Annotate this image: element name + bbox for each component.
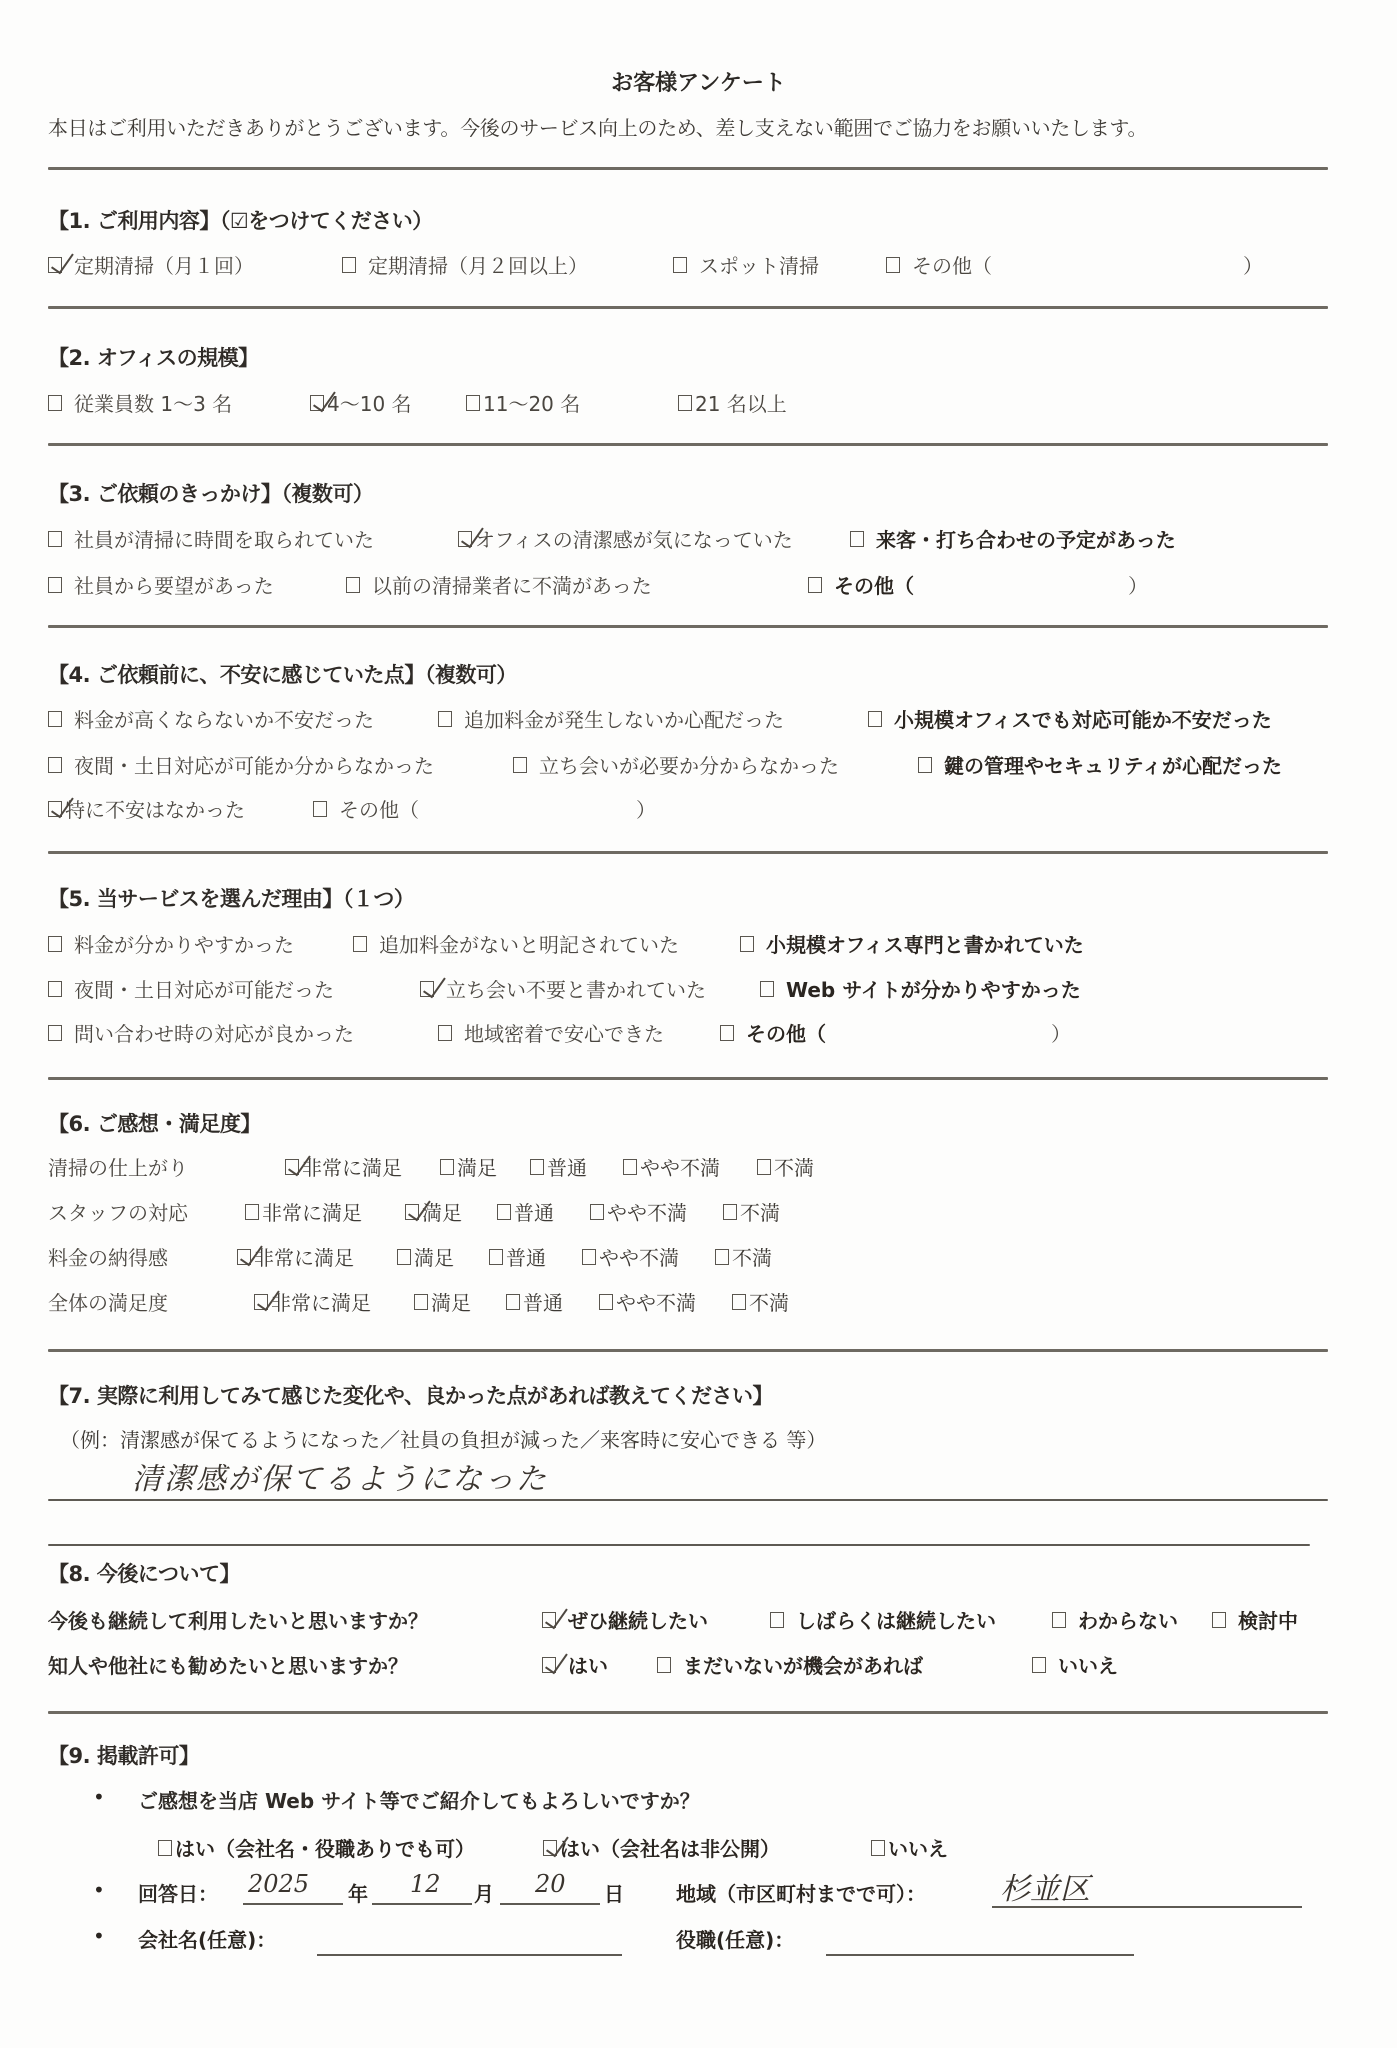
continue-question: 今後も継続して利用したいと思いますか？	[48, 1605, 428, 1634]
option-clear-website[interactable]: Web サイトが分かりやすかった	[760, 974, 1081, 1003]
divider	[48, 851, 1328, 854]
checkbox-icon[interactable]	[1052, 1612, 1066, 1628]
checkbox-icon[interactable]	[313, 801, 327, 817]
option-no-concern[interactable]: 特に不安はなかった	[48, 794, 245, 823]
intro-text: 本日はご利用いただきありがとうございます。今後のサービス向上のため、差し支えない…	[48, 112, 1147, 141]
checkbox-icon[interactable]	[245, 1204, 259, 1220]
checkbox-checked-icon[interactable]	[48, 801, 62, 817]
option-size-1-3[interactable]: 従業員数 1～3 名	[48, 388, 232, 417]
option-night-weekend-concern[interactable]: 夜間・土日対応が可能か分からなかった	[48, 750, 434, 779]
rating-satisfied[interactable]: 満足	[440, 1152, 497, 1181]
checkbox-checked-icon[interactable]	[543, 1840, 557, 1856]
checkbox-checked-icon[interactable]	[420, 981, 434, 997]
day-unit: 日	[604, 1878, 624, 1907]
answer-line	[48, 1544, 1310, 1546]
section-1-heading: 【1. ご利用内容】（☑をつけてください）	[48, 205, 433, 235]
option-spot[interactable]: スポット清掃	[673, 250, 819, 279]
company-label: 会社名(任意)：	[138, 1924, 276, 1953]
checkbox-icon[interactable]	[497, 1204, 511, 1220]
option-staff-request[interactable]: 社員から要望があった	[48, 570, 274, 599]
option-continue-for-now[interactable]: しばらくは継続したい	[770, 1605, 996, 1634]
option-other[interactable]: その他（	[720, 1018, 826, 1047]
divider	[48, 167, 1328, 170]
section-6-heading: 【6. ご感想・満足度】	[48, 1108, 261, 1138]
rating-satisfied[interactable]: 満足	[397, 1242, 454, 1271]
checkbox-icon[interactable]	[397, 1249, 411, 1265]
feedback-answer[interactable]: 清潔感が保てるようになった	[132, 1454, 548, 1498]
section-3-heading: 【3. ご依頼のきっかけ】（複数可）	[48, 478, 373, 508]
other-close-paren: ）	[1051, 1018, 1071, 1047]
option-considering[interactable]: 検討中	[1212, 1605, 1298, 1634]
checkbox-checked-icon[interactable]	[405, 1204, 419, 1220]
section-8-heading: 【8. 今後について】	[48, 1558, 240, 1588]
survey-title: お客様アンケート	[0, 66, 1397, 97]
answer-date-year[interactable]: 2025	[248, 1870, 309, 1898]
option-regular-twice[interactable]: 定期清掃（月２回以上）	[342, 250, 588, 279]
rating-somewhat-dissatisfied[interactable]: やや不満	[623, 1152, 720, 1181]
checkbox-icon[interactable]	[871, 1840, 885, 1856]
answer-date-day[interactable]: 20	[535, 1870, 566, 1898]
section-4-heading: 【4. ご依頼前に、不安に感じていた点】（複数可）	[48, 659, 517, 689]
checkbox-icon[interactable]	[757, 1159, 771, 1175]
position-label: 役職(任意)：	[676, 1924, 794, 1953]
option-other[interactable]: その他（	[886, 250, 992, 279]
checkbox-icon[interactable]	[1212, 1612, 1226, 1628]
divider	[48, 1077, 1328, 1080]
company-line	[317, 1954, 622, 1956]
month-unit: 月	[474, 1878, 494, 1907]
checkbox-icon[interactable]	[678, 395, 692, 411]
checkbox-icon[interactable]	[158, 1840, 172, 1856]
checkbox-icon[interactable]	[590, 1204, 604, 1220]
option-price-concern[interactable]: 料金が高くならないか不安だった	[48, 704, 374, 733]
month-line	[372, 1903, 472, 1905]
rating-somewhat-dissatisfied[interactable]: やや不満	[582, 1242, 679, 1271]
option-regular-monthly[interactable]: 定期清掃（月１回）	[48, 250, 254, 279]
rating-satisfied[interactable]: 満足	[405, 1197, 462, 1226]
checkbox-icon[interactable]	[599, 1294, 613, 1310]
publish-question: ご感想を当店 Web サイト等でご紹介してもよろしいですか？	[138, 1785, 700, 1814]
option-yes-with-company[interactable]: はい（会社名・役職ありでも可）	[158, 1833, 475, 1862]
checkbox-icon[interactable]	[715, 1249, 729, 1265]
rating-neutral[interactable]: 普通	[497, 1197, 554, 1226]
rating-very-satisfied[interactable]: 非常に満足	[237, 1242, 354, 1271]
option-local[interactable]: 地域密着で安心できた	[438, 1018, 664, 1047]
checkbox-checked-icon[interactable]	[310, 395, 324, 411]
rating-row-label: 清掃の仕上がり	[48, 1152, 188, 1181]
checkbox-icon[interactable]	[623, 1159, 637, 1175]
checkbox-icon[interactable]	[1032, 1657, 1046, 1673]
checkbox-checked-icon[interactable]	[48, 257, 62, 273]
divider	[48, 1349, 1328, 1352]
divider	[48, 1711, 1328, 1714]
section-5-heading: 【5. 当サービスを選んだ理由】（１つ）	[48, 883, 414, 913]
checkbox-checked-icon[interactable]	[285, 1159, 299, 1175]
checkbox-icon[interactable]	[48, 577, 62, 593]
option-small-office-concern[interactable]: 小規模オフィスでも対応可能か不安だった	[868, 704, 1272, 733]
checkbox-icon[interactable]	[673, 257, 687, 273]
checkbox-icon[interactable]	[513, 757, 527, 773]
bullet: •	[93, 1785, 105, 1809]
checkbox-icon[interactable]	[346, 577, 360, 593]
other-close-paren: ）	[1128, 570, 1148, 599]
checkbox-icon[interactable]	[414, 1294, 428, 1310]
option-yes-anonymous[interactable]: はい（会社名は非公開）	[543, 1833, 780, 1862]
option-other[interactable]: その他（	[808, 570, 914, 599]
region-value[interactable]: 杉並区	[1000, 1864, 1090, 1908]
checkbox-icon[interactable]	[48, 936, 62, 952]
rating-very-satisfied[interactable]: 非常に満足	[245, 1197, 362, 1226]
divider	[48, 306, 1328, 309]
rating-dissatisfied[interactable]: 不満	[723, 1197, 780, 1226]
checkbox-checked-icon[interactable]	[254, 1294, 268, 1310]
option-cleanliness[interactable]: オフィスの清潔感が気になっていた	[458, 524, 793, 553]
checkbox-icon[interactable]	[850, 531, 864, 547]
rating-somewhat-dissatisfied[interactable]: やや不満	[599, 1287, 696, 1316]
checkbox-icon[interactable]	[723, 1204, 737, 1220]
option-good-inquiry-response[interactable]: 問い合わせ時の対応が良かった	[48, 1018, 354, 1047]
option-extra-fee-concern[interactable]: 追加料金が発生しないか心配だった	[438, 704, 784, 733]
answer-date-label: 回答日：	[138, 1878, 218, 1907]
rating-very-satisfied[interactable]: 非常に満足	[285, 1152, 402, 1181]
checkbox-icon[interactable]	[438, 1025, 452, 1041]
checkbox-checked-icon[interactable]	[542, 1612, 556, 1628]
checkbox-icon[interactable]	[48, 531, 62, 547]
option-size-21-plus[interactable]: 21 名以上	[678, 388, 787, 417]
option-staff-time[interactable]: 社員が清掃に時間を取られていた	[48, 524, 374, 553]
rating-row-label: スタッフの対応	[48, 1197, 188, 1226]
answer-line	[48, 1499, 1328, 1501]
bullet: •	[93, 1878, 105, 1902]
year-line	[243, 1903, 343, 1905]
option-if-opportunity[interactable]: まだいないが機会があれば	[657, 1650, 923, 1679]
option-no-attendance[interactable]: 立ち会い不要と書かれていた	[420, 974, 706, 1003]
checkbox-icon[interactable]	[918, 757, 932, 773]
section-2-heading: 【2. オフィスの規模】	[48, 342, 259, 372]
divider	[48, 625, 1328, 628]
checkbox-icon[interactable]	[808, 577, 822, 593]
rating-satisfied[interactable]: 満足	[414, 1287, 471, 1316]
option-night-weekend[interactable]: 夜間・土日対応が可能だった	[48, 974, 334, 1003]
checkbox-icon[interactable]	[732, 1294, 746, 1310]
option-clear-pricing[interactable]: 料金が分かりやすかった	[48, 929, 294, 958]
checkbox-icon[interactable]	[582, 1249, 596, 1265]
rating-row-label: 料金の納得感	[48, 1242, 168, 1271]
checkbox-icon[interactable]	[48, 395, 62, 411]
rating-neutral[interactable]: 普通	[489, 1242, 546, 1271]
divider	[48, 443, 1328, 446]
recommend-question: 知人や他社にも勧めたいと思いますか？	[48, 1650, 408, 1679]
option-attendance-concern[interactable]: 立ち会いが必要か分からなかった	[513, 750, 839, 779]
rating-very-satisfied[interactable]: 非常に満足	[254, 1287, 371, 1316]
option-previous-vendor[interactable]: 以前の清掃業者に不満があった	[346, 570, 652, 599]
option-small-office-specialist[interactable]: 小規模オフィス専門と書かれていた	[740, 929, 1084, 958]
answer-date-month[interactable]: 12	[410, 1870, 441, 1898]
checkbox-icon[interactable]	[657, 1657, 671, 1673]
section-9-heading: 【9. 掲載許可】	[48, 1740, 199, 1770]
option-size-4-10[interactable]: 4～10 名	[310, 388, 412, 417]
option-no[interactable]: いいえ	[871, 1833, 948, 1862]
section-7-heading: 【7. 実際に利用してみて感じた変化や、良かった点があれば教えてください】	[48, 1380, 773, 1410]
checkbox-icon[interactable]	[440, 1159, 454, 1175]
option-size-11-20[interactable]: 11～20 名	[466, 388, 580, 417]
checkbox-icon[interactable]	[48, 711, 62, 727]
option-yes[interactable]: はい	[542, 1650, 608, 1679]
rating-neutral[interactable]: 普通	[506, 1287, 563, 1316]
checkbox-icon[interactable]	[740, 936, 754, 952]
checkbox-icon[interactable]	[48, 981, 62, 997]
checkbox-icon[interactable]	[530, 1159, 544, 1175]
option-key-security-concern[interactable]: 鍵の管理やセキュリティが心配だった	[918, 750, 1282, 779]
day-line	[500, 1903, 600, 1905]
checkbox-icon[interactable]	[770, 1612, 784, 1628]
option-dont-know[interactable]: わからない	[1052, 1605, 1178, 1634]
rating-somewhat-dissatisfied[interactable]: やや不満	[590, 1197, 687, 1226]
option-visitors[interactable]: 来客・打ち合わせの予定があった	[850, 524, 1176, 553]
option-no[interactable]: いいえ	[1032, 1650, 1118, 1679]
rating-row-label: 全体の満足度	[48, 1287, 168, 1316]
rating-dissatisfied[interactable]: 不満	[715, 1242, 772, 1271]
checkbox-checked-icon[interactable]	[542, 1657, 556, 1673]
other-close-paren: ）	[636, 794, 656, 823]
option-definitely-continue[interactable]: ぜひ継続したい	[542, 1605, 708, 1634]
region-line	[992, 1906, 1302, 1908]
checkbox-icon[interactable]	[48, 1025, 62, 1041]
checkbox-icon[interactable]	[506, 1294, 520, 1310]
checkbox-icon[interactable]	[438, 711, 452, 727]
option-other[interactable]: その他（	[313, 794, 419, 823]
other-close-paren: ）	[1243, 250, 1263, 279]
checkbox-icon[interactable]	[760, 981, 774, 997]
rating-neutral[interactable]: 普通	[530, 1152, 587, 1181]
year-unit: 年	[348, 1878, 368, 1907]
checkbox-icon[interactable]	[720, 1025, 734, 1041]
checkbox-icon[interactable]	[48, 757, 62, 773]
checkbox-icon[interactable]	[489, 1249, 503, 1265]
position-line	[826, 1954, 1134, 1956]
rating-dissatisfied[interactable]: 不満	[757, 1152, 814, 1181]
checkbox-checked-icon[interactable]	[237, 1249, 251, 1265]
region-label: 地域（市区町村までで可）：	[676, 1878, 926, 1907]
checkbox-icon[interactable]	[353, 936, 367, 952]
section-7-example: （例：清潔感が保てるようになった／社員の負担が減った／来客時に安心できる 等）	[60, 1424, 826, 1453]
option-no-extra-fee[interactable]: 追加料金がないと明記されていた	[353, 929, 679, 958]
checkbox-icon[interactable]	[886, 257, 900, 273]
checkbox-icon[interactable]	[466, 395, 480, 411]
bullet: •	[93, 1924, 105, 1948]
rating-dissatisfied[interactable]: 不満	[732, 1287, 789, 1316]
checkbox-icon[interactable]	[342, 257, 356, 273]
checkbox-icon[interactable]	[868, 711, 882, 727]
checkbox-checked-icon[interactable]	[458, 531, 472, 547]
